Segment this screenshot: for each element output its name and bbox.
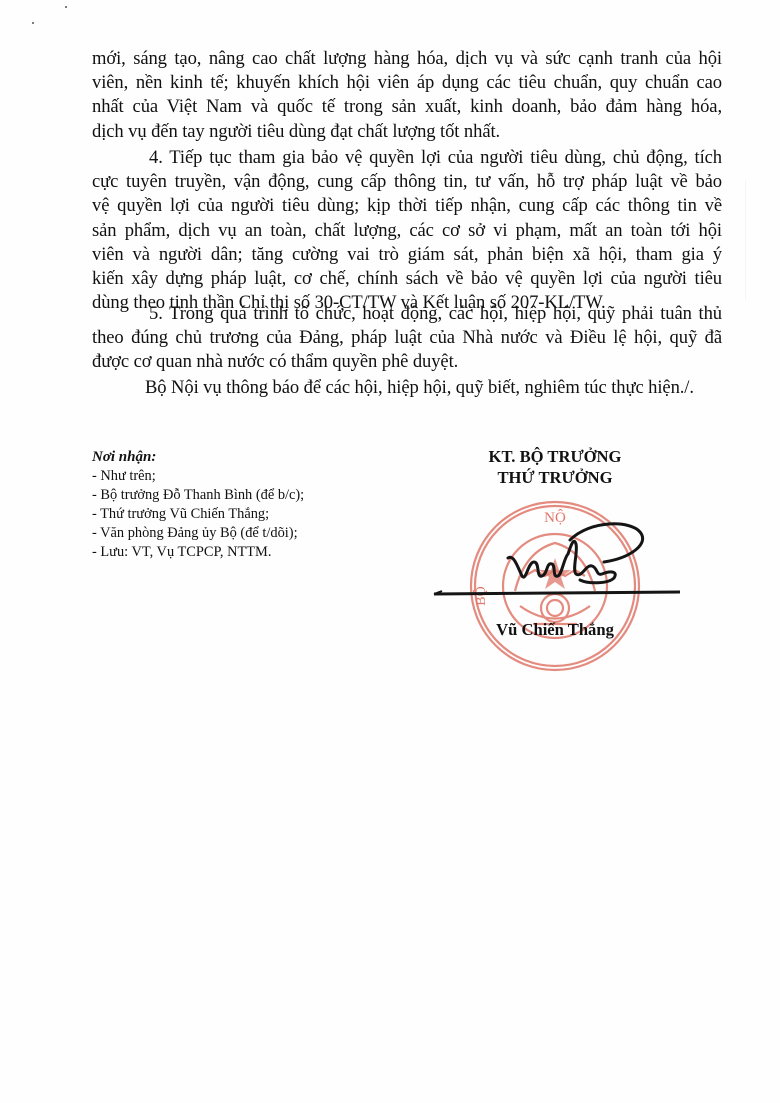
text-line: dịch vụ đến tay người tiêu dùng đạt chất… [92, 120, 722, 144]
recipient-item: - Lưu: VT, Vụ TCPCP, NTTM. [92, 543, 412, 562]
text-line: mới, sáng tạo, nâng cao chất lượng hàng … [92, 47, 722, 71]
text-line: vệ quyền lợi của người tiêu dùng; kịp th… [92, 194, 722, 218]
recipient-item: - Bộ trưởng Đỗ Thanh Bình (để b/c); [92, 486, 412, 505]
text-line: kiến xây dựng pháp luật, cơ chế, chính s… [92, 267, 722, 291]
text-line: Bộ Nội vụ thông báo để các hội, hiệp hội… [145, 376, 725, 400]
recipient-item: - Văn phòng Đảng ủy Bộ (để t/dõi); [92, 524, 412, 543]
text-line: được cơ quan nhà nước có thẩm quyền phê … [92, 350, 722, 374]
recipients-block: Nơi nhận: - Như trên; - Bộ trưởng Đỗ Tha… [92, 448, 412, 562]
paragraph-continuation: mới, sáng tạo, nâng cao chất lượng hàng … [92, 47, 722, 144]
recipient-item: - Như trên; [92, 467, 412, 486]
signer-title-line1: KT. BỘ TRƯỞNG [430, 446, 680, 467]
text-line: sản phẩm, dịch vụ an toàn, chất lượng, c… [92, 219, 722, 243]
text-line: cực tuyên truyền, vận động, cung cấp thô… [92, 170, 722, 194]
scan-speck [65, 6, 67, 8]
scan-speck [32, 22, 34, 24]
text-line: 4. Tiếp tục tham gia bảo vệ quyền lợi củ… [92, 146, 722, 170]
recipient-item: - Thứ trưởng Vũ Chiến Thắng; [92, 505, 412, 524]
signature-block: KT. BỘ TRƯỞNG THỨ TRƯỞNG NỘ BỘ [430, 446, 680, 488]
scan-bleed-artifact [745, 180, 776, 300]
text-line: nhất của Việt Nam và quốc tế trong sản x… [92, 95, 722, 119]
text-line: viên, nền kinh tế; khuyến khích hội viên… [92, 71, 722, 95]
recipients-title: Nơi nhận: [92, 448, 412, 467]
signature-underline [434, 592, 680, 594]
document-page: mới, sáng tạo, nâng cao chất lượng hàng … [0, 0, 780, 1103]
paragraph-item-4: 4. Tiếp tục tham gia bảo vệ quyền lợi củ… [92, 146, 722, 315]
handwritten-signature [430, 506, 680, 616]
paragraph-item-5: 5. Trong quá trình tổ chức, hoạt động, c… [92, 302, 722, 375]
text-line: 5. Trong quá trình tổ chức, hoạt động, c… [92, 302, 722, 326]
closing-statement: Bộ Nội vụ thông báo để các hội, hiệp hội… [145, 376, 725, 400]
text-line: theo đúng chủ trương của Đảng, pháp luật… [92, 326, 722, 350]
signer-title-line2: THỨ TRƯỞNG [430, 467, 680, 488]
text-line: viên và người dân; tăng cường vai trò gi… [92, 243, 722, 267]
signer-name: Vũ Chiến Thắng [430, 620, 680, 640]
